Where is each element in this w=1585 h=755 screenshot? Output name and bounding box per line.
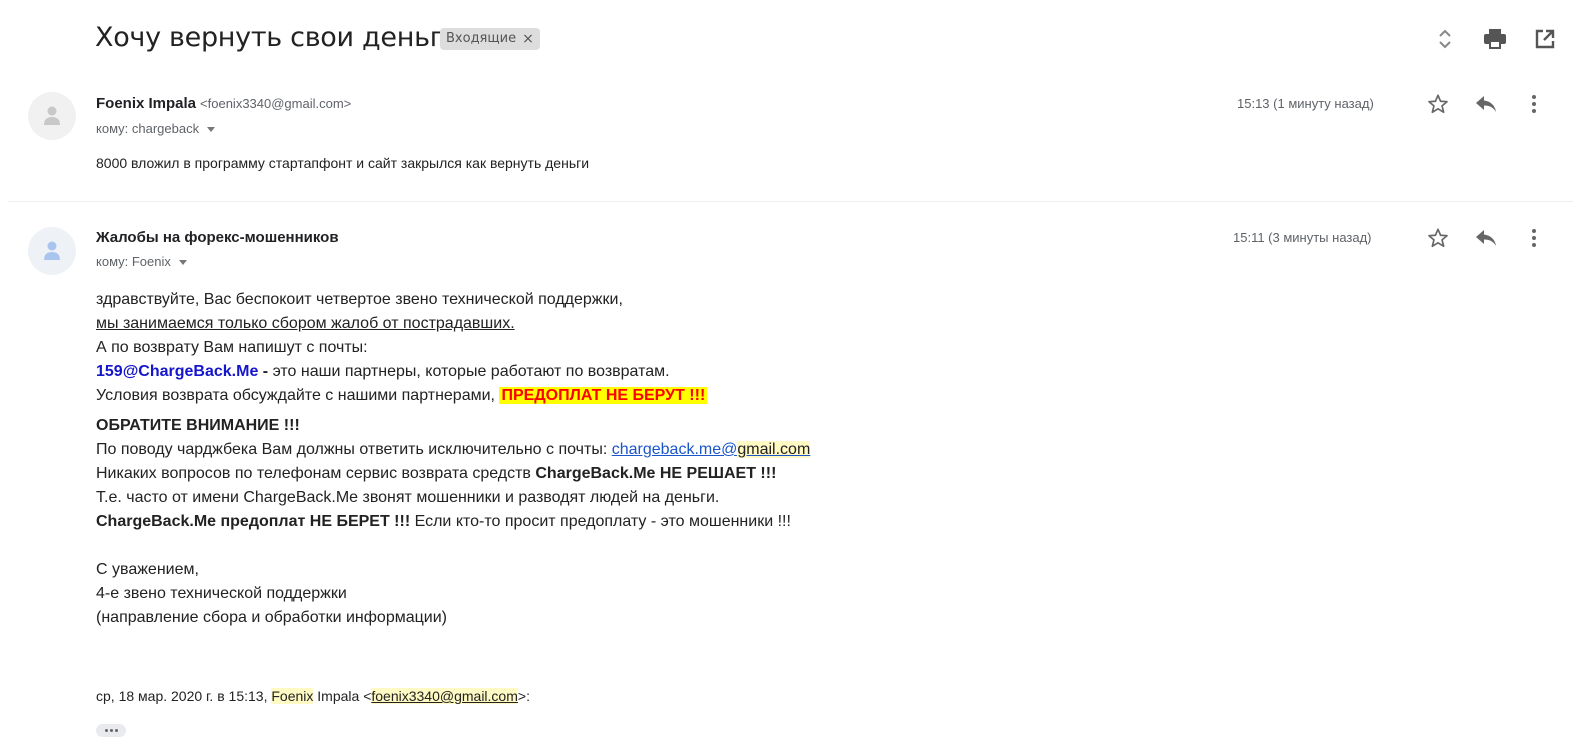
show-trimmed-content-button[interactable]: [96, 724, 126, 737]
body-bold: ChargeBack.Me НЕ РЕШАЕТ !!!: [535, 465, 776, 482]
body-line: здравствуйте, Вас беспокоит четвертое зв…: [96, 288, 810, 312]
reply-icon[interactable]: [1462, 95, 1510, 113]
body-bold: ChargeBack.Me предоплат НЕ БЕРЕТ !!!: [96, 513, 410, 530]
recipients-toggle[interactable]: кому: chargeback: [96, 121, 215, 136]
remove-label-icon[interactable]: ×: [522, 28, 534, 50]
quote-email-link[interactable]: foenix3340@gmail.com: [371, 688, 518, 704]
chargeback-email-link[interactable]: chargeback.me@gmail.com: [612, 441, 811, 458]
message-time: 15:11 (3 минуты назад): [1233, 230, 1372, 245]
signature-line: (направление сбора и обработки информаци…: [96, 606, 810, 630]
expand-collapse-icon[interactable]: [1433, 26, 1457, 52]
message-body: здравствуйте, Вас беспокоит четвертое зв…: [96, 288, 810, 630]
quote-name-highlight: Foenix: [271, 688, 313, 704]
signature-line: 4-е звено технической поддержки: [96, 582, 810, 606]
message-divider: [8, 201, 1573, 202]
quote-date: ср, 18 мар. 2020 г. в 15:13,: [96, 688, 271, 704]
link-part: chargeback.me@: [612, 441, 738, 458]
label-chip-inbox[interactable]: Входящие ×: [440, 28, 540, 50]
body-line: ChargeBack.Me предоплат НЕ БЕРЕТ !!! Есл…: [96, 510, 810, 534]
print-icon[interactable]: [1483, 26, 1507, 52]
message-snippet: 8000 вложил в программу стартапфонт и са…: [96, 155, 589, 171]
quoted-attribution: ср, 18 мар. 2020 г. в 15:13, Foenix Impa…: [96, 688, 530, 704]
thread-subject: Хочу вернуть свои деньги: [95, 22, 461, 53]
more-vert-icon[interactable]: [1510, 228, 1558, 248]
open-new-window-icon[interactable]: [1533, 26, 1557, 52]
quote-suffix: >:: [518, 688, 530, 704]
body-line: А по возврату Вам напишут с почты:: [96, 336, 810, 360]
chevron-down-icon[interactable]: [179, 260, 187, 265]
quote-name: Impala <: [313, 688, 371, 704]
message-2-header: Жалобы на форекс-мошенников: [96, 229, 339, 247]
body-line: Условия возврата обсуждайте с нашими пар…: [96, 384, 810, 408]
warning-highlight: ПРЕДОПЛАТ НЕ БЕРУТ !!!: [499, 387, 707, 404]
person-icon: [42, 240, 62, 262]
recipients-text: кому: Foenix: [96, 254, 171, 269]
star-icon[interactable]: [1414, 93, 1462, 115]
body-text: Условия возврата обсуждайте с нашими пар…: [96, 387, 499, 404]
attention-heading: ОБРАТИТЕ ВНИМАНИЕ !!!: [96, 414, 810, 438]
sender-avatar[interactable]: [28, 92, 76, 140]
body-line: По поводу чарджбека Вам должны ответить …: [96, 438, 810, 462]
person-icon: [42, 105, 62, 127]
body-text: это наши партнеры, которые работают по в…: [273, 363, 670, 380]
chevron-down-icon[interactable]: [207, 127, 215, 132]
reply-icon[interactable]: [1462, 229, 1510, 247]
more-vert-icon[interactable]: [1510, 94, 1558, 114]
thread-toolbar: [1433, 26, 1557, 52]
recipients-text: кому: chargeback: [96, 121, 199, 136]
dot: [110, 729, 113, 732]
sender-email: <foenix3340@gmail.com>: [200, 96, 351, 111]
link-part-highlighted: gmail.com: [737, 441, 810, 458]
partner-email: 159@ChargeBack.Me: [96, 363, 258, 380]
dot: [115, 729, 118, 732]
recipients-toggle[interactable]: кому: Foenix: [96, 254, 187, 269]
message-time: 15:13 (1 минуту назад): [1237, 96, 1374, 111]
message-actions: [1414, 92, 1558, 116]
label-chip-text: Входящие: [446, 28, 516, 50]
body-line-underlined: мы занимаемся только сбором жалоб от пос…: [96, 312, 810, 336]
body-line: Т.е. часто от имени ChargeBack.Me звонят…: [96, 486, 810, 510]
body-line: 159@ChargeBack.Me - это наши партнеры, к…: [96, 360, 810, 384]
body-text: Если кто-то просит предоплату - это моше…: [410, 513, 791, 530]
signature-line: С уважением,: [96, 558, 810, 582]
message-1-header: Foenix Impala<foenix3340@gmail.com>: [96, 95, 351, 113]
star-icon[interactable]: [1414, 227, 1462, 249]
body-text: Никаких вопросов по телефонам сервис воз…: [96, 465, 535, 482]
dash: -: [258, 363, 272, 380]
sender-name[interactable]: Жалобы на форекс-мошенников: [96, 229, 339, 246]
sender-name[interactable]: Foenix Impala: [96, 95, 196, 112]
body-line: Никаких вопросов по телефонам сервис воз…: [96, 462, 810, 486]
message-actions: [1414, 226, 1558, 250]
dot: [105, 729, 108, 732]
sender-avatar[interactable]: [28, 227, 76, 275]
body-text: По поводу чарджбека Вам должны ответить …: [96, 441, 612, 458]
